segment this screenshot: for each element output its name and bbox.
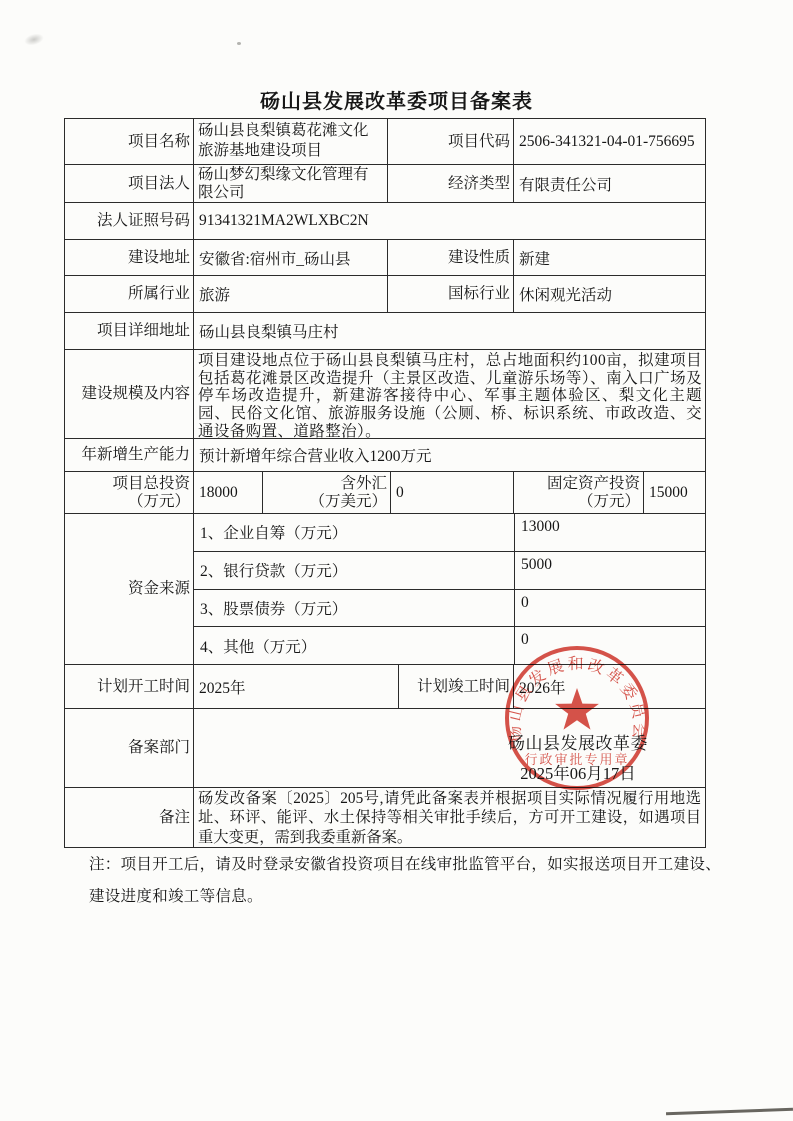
page-title: 砀山县发展改革委项目备案表 [0,85,793,114]
table-row: 建设地址 安徽省:宿州市_砀山县 建设性质 新建 [65,239,705,275]
project-code-value: 2506-341321-04-01-756695 [513,119,705,164]
total-investment-value: 18000 [193,472,262,513]
national-industry-label: 国标行业 [387,276,513,312]
remark-label: 备注 [65,788,193,847]
funding-item-value: 0 [514,590,705,627]
funding-item-name: 2、银行贷款（万元） [194,552,514,589]
license-number-value: 91341321MA2WLXBC2N [193,203,705,239]
license-number-label: 法人证照号码 [65,203,193,239]
project-name-label: 项目名称 [65,119,193,164]
forex-label: 含外汇 （万美元） [262,472,390,513]
filing-form-table: 项目名称 砀山县良梨镇葛花滩文化旅游基地建设项目 项目代码 2506-34132… [64,118,706,848]
funding-item-value: 13000 [514,514,705,551]
scale-content-label: 建设规模及内容 [65,350,193,438]
forex-value: 0 [390,472,513,513]
legal-person-value: 砀山梦幻梨缘文化管理有限公司 [193,165,387,202]
fixed-assets-value: 15000 [643,472,705,513]
funding-item: 2、银行贷款（万元） 5000 [194,551,705,589]
remark-value: 砀发改备案〔2025〕205号,请凭此备案表并根据项目实际情况履行用地选址、环评… [193,788,705,847]
build-nature-value: 新建 [513,240,705,275]
project-name-value: 砀山县良梨镇葛花滩文化旅游基地建设项目 [193,119,387,164]
industry-label: 所属行业 [65,276,193,312]
detailed-address-value: 砀山县良梨镇马庄村 [193,313,705,349]
scan-dot [237,42,241,45]
annual-capacity-label: 年新增生产能力 [65,439,193,471]
table-row: 建设规模及内容 项目建设地点位于砀山县良梨镇马庄村，总占地面积约100亩，拟建项… [65,349,705,438]
fixed-assets-label: 固定资产投资 （万元） [513,472,643,513]
planned-start-label: 计划开工时间 [65,665,193,708]
project-code-label: 项目代码 [387,119,513,164]
funding-label: 资金来源 [65,514,193,664]
funding-item-name: 1、企业自筹（万元） [194,514,514,551]
scale-content-value: 项目建设地点位于砀山县良梨镇马庄村，总占地面积约100亩，拟建项目包括葛花滩景区… [193,350,705,438]
planned-finish-label: 计划竣工时间 [398,665,513,708]
filing-department-label: 备案部门 [65,709,193,787]
table-row: 年新增生产能力 预计新增年综合营业收入1200万元 [65,438,705,471]
scan-edge-artifact [666,1108,793,1115]
table-row: 项目名称 砀山县良梨镇葛花滩文化旅游基地建设项目 项目代码 2506-34132… [65,119,705,164]
table-row: 项目总投资 （万元） 18000 含外汇 （万美元） 0 固定资产投资 （万元）… [65,471,705,513]
build-address-label: 建设地址 [65,240,193,275]
funding-item: 1、企业自筹（万元） 13000 [194,514,705,551]
footer-note-line1: 注：项目开工后，请及时登录安徽省投资项目在线审批监管平台，如实报送项目开工建设、 [89,849,721,881]
table-row: 项目详细地址 砀山县良梨镇马庄村 [65,312,705,349]
funding-item-value: 5000 [514,552,705,589]
build-nature-label: 建设性质 [387,240,513,275]
funding-items: 1、企业自筹（万元） 13000 2、银行贷款（万元） 5000 3、股票债券（… [193,514,705,664]
total-investment-label: 项目总投资 （万元） [65,472,193,513]
scanned-filing-form-page: 砀山县发展改革委项目备案表 项目名称 砀山县良梨镇葛花滩文化旅游基地建设项目 项… [0,0,793,1121]
annual-capacity-value: 预计新增年综合营业收入1200万元 [193,439,705,471]
legal-person-label: 项目法人 [65,165,193,202]
footer-note-line2: 建设进度和竣工等信息。 [89,881,721,913]
funding-item: 3、股票债券（万元） 0 [194,589,705,627]
table-row: 所属行业 旅游 国标行业 休闲观光活动 [65,275,705,312]
table-row: 项目法人 砀山梦幻梨缘文化管理有限公司 经济类型 有限责任公司 [65,164,705,202]
table-row: 法人证照号码 91341321MA2WLXBC2N [65,202,705,239]
build-address-value: 安徽省:宿州市_砀山县 [193,240,387,275]
funding-item-name: 4、其他（万元） [194,627,514,664]
funding-item-name: 3、股票债券（万元） [194,590,514,627]
scan-smudge [23,32,45,48]
filing-date-text: 2025年06月17日 [489,760,667,784]
planned-start-value: 2025年 [193,665,398,708]
stamp-star-icon [555,688,599,730]
industry-value: 旅游 [193,276,387,312]
filing-authority-text: 砀山县发展改革委 [489,729,667,754]
funding-sources-row: 资金来源 1、企业自筹（万元） 13000 2、银行贷款（万元） 5000 3、… [65,513,705,664]
economic-type-label: 经济类型 [387,165,513,202]
footer-note: 注：项目开工后，请及时登录安徽省投资项目在线审批监管平台，如实报送项目开工建设、… [89,849,721,912]
detailed-address-label: 项目详细地址 [65,313,193,349]
remark-row: 备注 砀发改备案〔2025〕205号,请凭此备案表并根据项目实际情况履行用地选址… [65,787,705,847]
national-industry-value: 休闲观光活动 [513,276,705,312]
filing-department-row: 备案部门 砀山县发展和改革委员会 行政审批专用章 砀山县发展改革委 2025年0… [65,708,705,787]
economic-type-value: 有限责任公司 [513,165,705,202]
filing-department-value: 砀山县发展和改革委员会 行政审批专用章 砀山县发展改革委 2025年06月17日 [193,709,705,787]
